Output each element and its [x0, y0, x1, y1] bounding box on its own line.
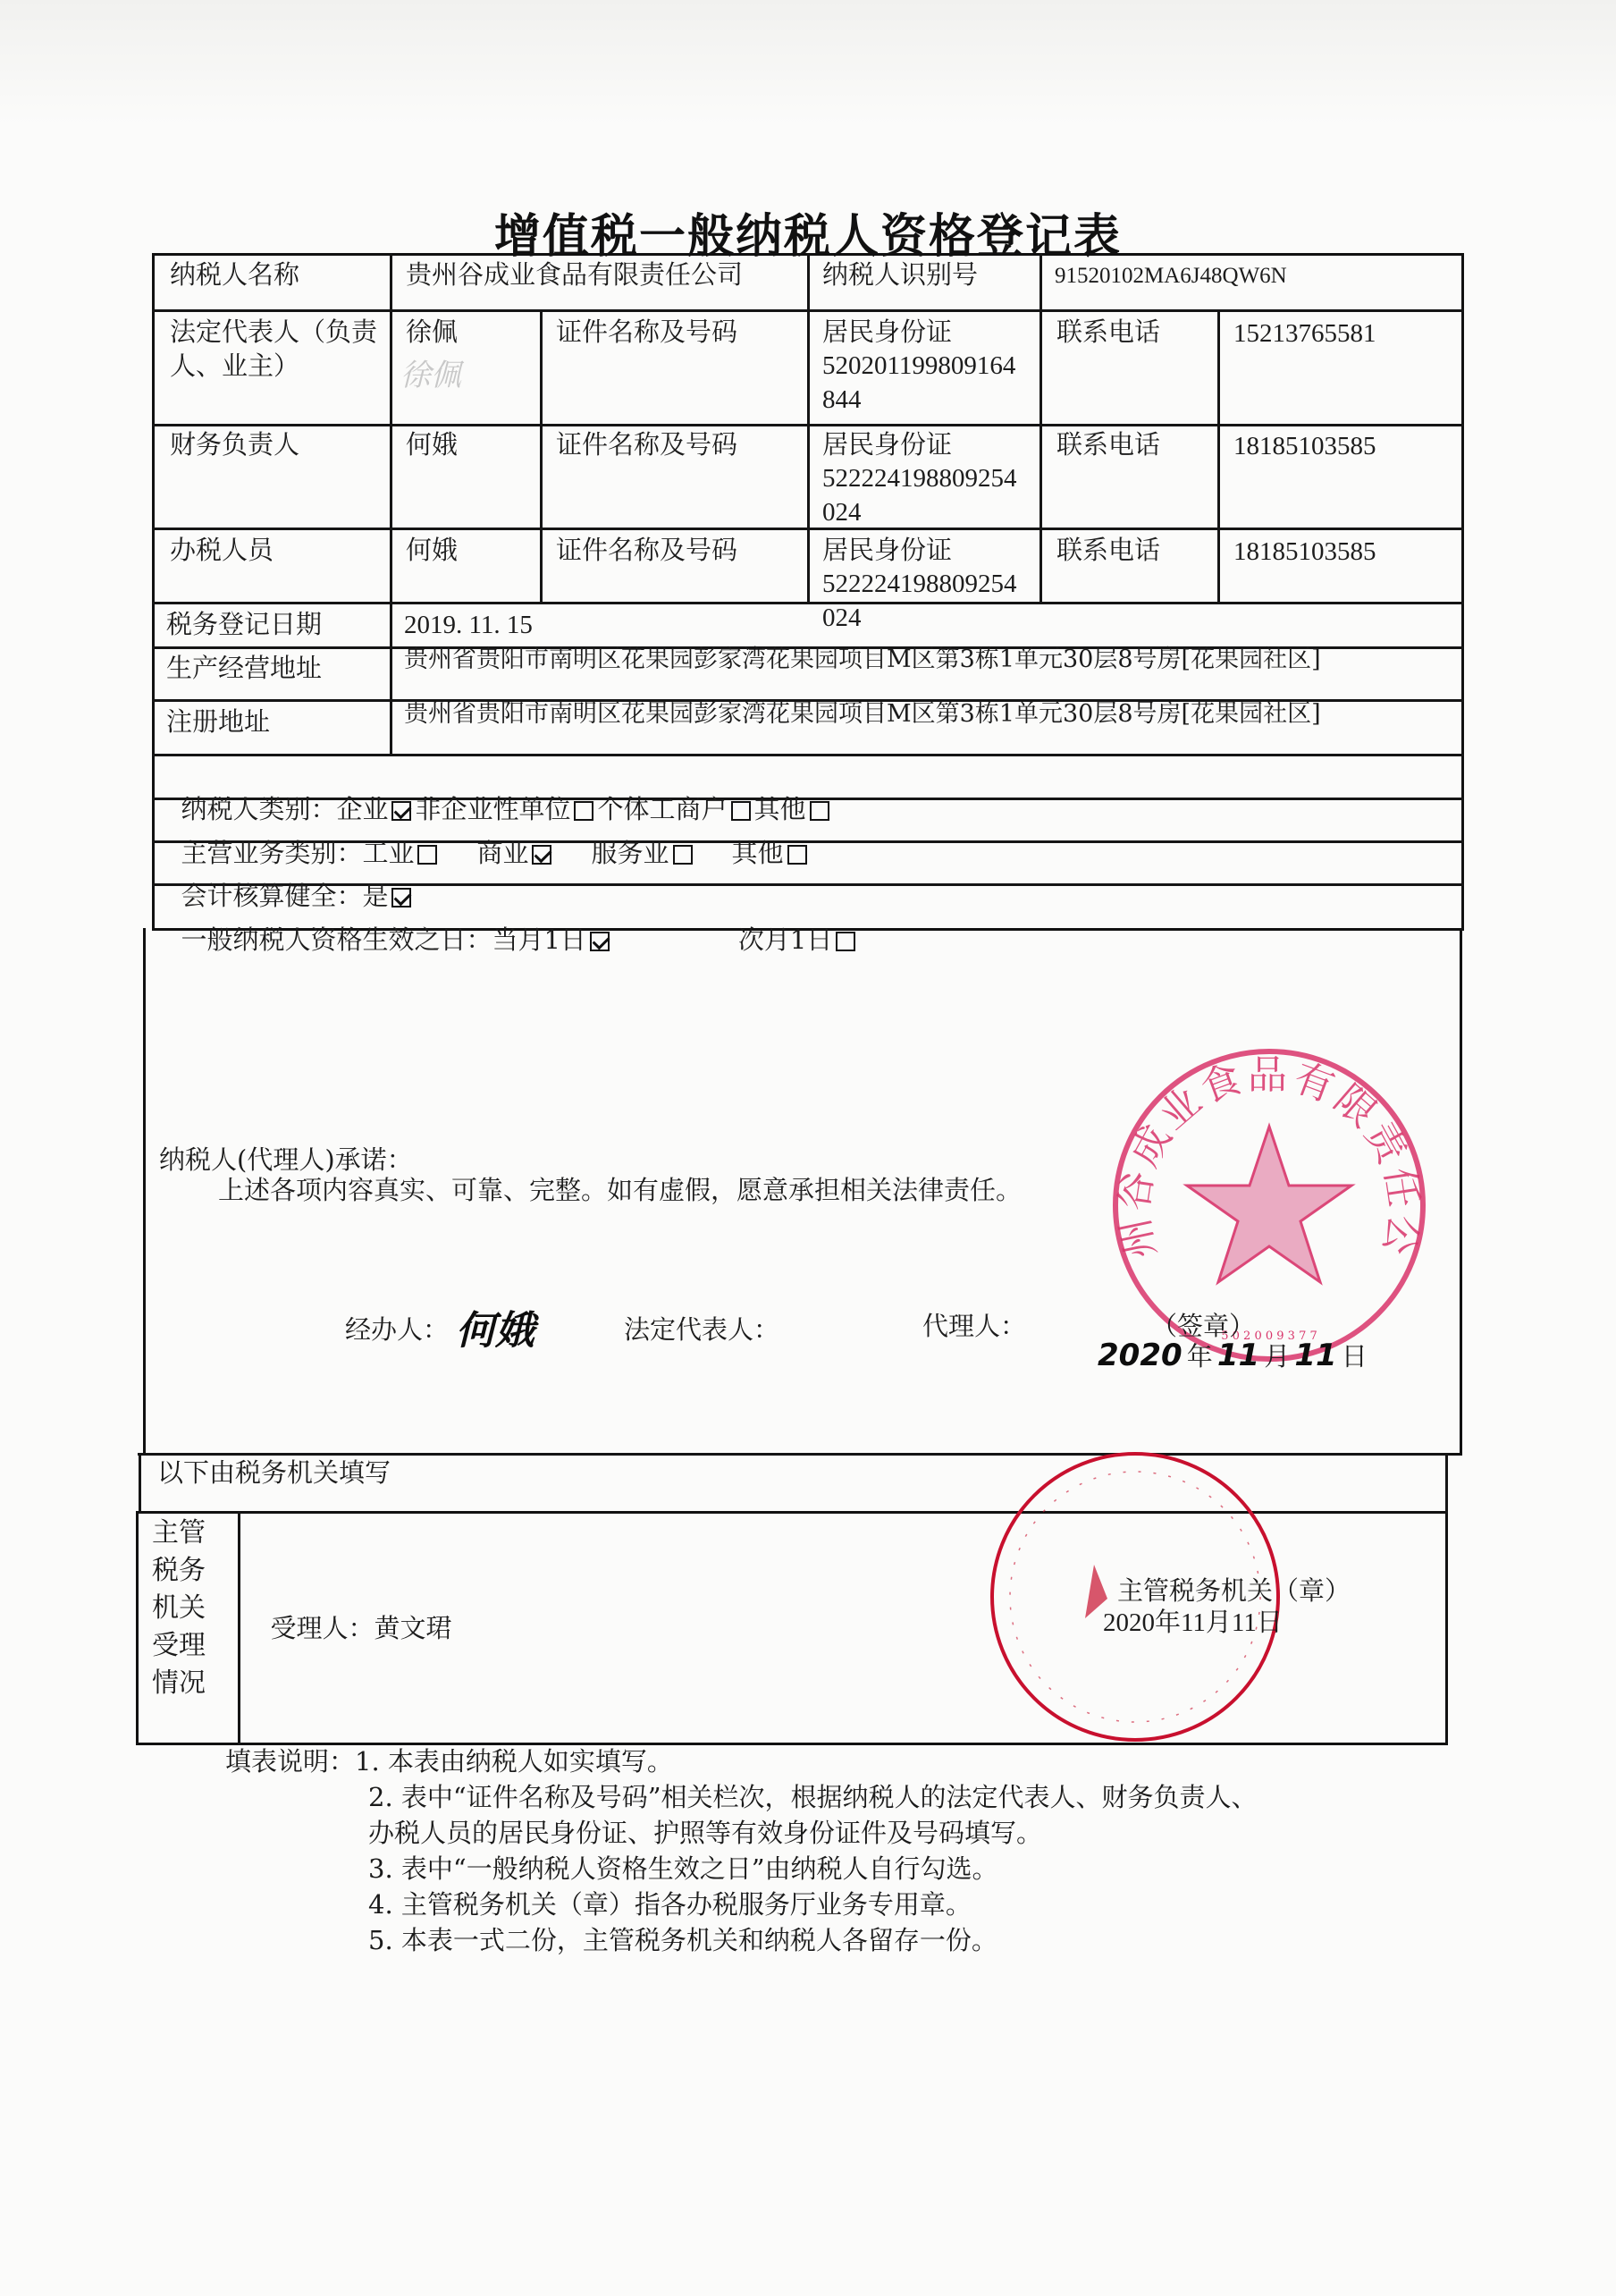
taxpayer-name: 贵州谷成业食品有限责任公司: [406, 257, 743, 291]
phone-label: 联系电话: [1056, 533, 1160, 567]
note-item: 办税人员的居民身份证、护照等有效身份证件及号码填写。: [225, 1815, 1258, 1851]
person-name: 何娥: [406, 427, 458, 461]
notes-label: 填表说明：: [225, 1746, 355, 1777]
receiver-row: 受理人：黄文珺: [254, 1577, 451, 1645]
col-divider: [238, 1511, 240, 1745]
scan-shading: [0, 0, 1616, 125]
person-role: 财务负责人: [170, 427, 299, 461]
phone: 15213765581: [1233, 317, 1376, 350]
authority-header: 以下由税务机关填写: [157, 1456, 391, 1490]
authority-seal-date: 2020年11月11日: [1103, 1606, 1283, 1640]
note-item: 4. 主管税务机关（章）指各办税服务厅业务专用章。: [225, 1887, 1258, 1922]
col-divider: [1217, 309, 1220, 602]
business-address: 贵州省贵阳市南明区花果园彭家湾花果园项目M区第3栋1单元30层8号房[花果园社区…: [404, 646, 1445, 674]
person-name: 徐佩: [406, 315, 458, 349]
commitment-text: 上述各项内容真实、可靠、完整。如有虚假，愿意承担相关法律责任。: [218, 1173, 1022, 1207]
commitment-heading: 纳税人(代理人)承诺：: [159, 1143, 413, 1177]
registration-date-label: 税务登记日期: [166, 607, 322, 641]
legal-rep-label: 法定代表人：: [624, 1313, 779, 1346]
phone: 18185103585: [1233, 535, 1376, 569]
doc-type: 居民身份证: [822, 533, 952, 567]
commitment-date: 2020 年 11 月 11 日: [1098, 1338, 1368, 1373]
day-handwritten: 11: [1294, 1338, 1336, 1373]
checkbox-industry[interactable]: [417, 845, 437, 865]
year-handwritten: 2020: [1098, 1338, 1183, 1373]
receiver-name: 黄文珺: [374, 1613, 451, 1643]
checkbox-other[interactable]: [810, 801, 829, 821]
col-divider: [390, 253, 392, 754]
registration-date: 2019. 11. 15: [404, 608, 533, 642]
label-line: 机关: [152, 1590, 223, 1627]
label-line: 主管: [152, 1515, 223, 1552]
option-label: 商业: [476, 838, 528, 868]
taxpayer-id: 91520102MA6J48QW6N: [1055, 259, 1287, 293]
col-divider: [540, 309, 543, 602]
person-role: 办税人员: [170, 533, 274, 567]
note-item: 2. 表中“证件名称及号码”相关栏次，根据纳税人的法定代表人、财务负责人、: [225, 1779, 1258, 1815]
phone: 18185103585: [1233, 429, 1376, 463]
authority-seal-label: 主管税务机关（章）: [1117, 1574, 1351, 1608]
doc-type: 居民身份证: [822, 315, 952, 349]
agent-label: 代理人：: [922, 1309, 1026, 1343]
note-item: 5. 本表一式二份，主管税务机关和纳税人各留存一份。: [225, 1922, 1258, 1958]
doc-label: 证件名称及号码: [556, 533, 737, 567]
person-role: 法定代表人（负责人、业主）: [170, 315, 381, 383]
doc-label: 证件名称及号码: [556, 427, 737, 461]
doc-number: 522224198809254024: [822, 567, 1023, 635]
option-label: 其他: [732, 838, 784, 868]
col-divider: [807, 253, 810, 602]
doc-number: 522224198809254024: [822, 461, 1023, 529]
month-suffix: 月: [1264, 1341, 1290, 1372]
col-divider: [1039, 253, 1042, 602]
label-line: 税务: [152, 1552, 223, 1590]
checkbox-services[interactable]: [673, 845, 693, 865]
doc-type: 居民身份证: [822, 427, 952, 461]
doc-label: 证件名称及号码: [556, 315, 737, 349]
business-address-label: 生产经营地址: [166, 651, 322, 685]
taxpayer-id-label: 纳税人识别号: [822, 257, 978, 291]
authority-section-label: 主管 税务 机关 受理 情况: [152, 1515, 223, 1702]
checkbox-other[interactable]: [787, 845, 807, 865]
phone-label: 联系电话: [1056, 315, 1160, 349]
right-border: [1445, 1453, 1448, 1514]
phone-label: 联系电话: [1056, 427, 1160, 461]
doc-number: 520201199809164844: [822, 349, 1023, 417]
day-suffix: 日: [1342, 1341, 1368, 1372]
checkbox-commerce[interactable]: [532, 845, 551, 865]
left-border: [139, 1453, 141, 1514]
handler-label: 经办人：: [345, 1313, 449, 1346]
month-handwritten: 11: [1217, 1338, 1259, 1373]
person-name: 何娥: [406, 533, 458, 567]
registered-address: 贵州省贵阳市南明区花果园彭家湾花果园项目M区第3栋1单元30层8号房[花果园社区…: [404, 700, 1445, 729]
label-line: 情况: [152, 1665, 223, 1702]
registered-address-label: 注册地址: [166, 705, 270, 739]
handler-signature: 何娥: [456, 1298, 534, 1355]
year-suffix: 年: [1187, 1341, 1213, 1372]
row-divider: [152, 754, 1464, 756]
label-line: 受理: [152, 1627, 223, 1665]
row-divider: [152, 602, 1464, 604]
note-item: 1. 本表由纳税人如实填写。: [355, 1746, 673, 1777]
faint-signature: 徐佩: [400, 350, 461, 394]
option-label: 服务业: [591, 838, 669, 868]
taxpayer-name-label: 纳税人名称: [170, 257, 299, 291]
receiver-label: 受理人：: [270, 1613, 374, 1643]
note-item: 3. 表中“一般纳税人资格生效之日”由纳税人自行勾选。: [225, 1851, 1258, 1887]
form-instructions: 填表说明：1. 本表由纳税人如实填写。 2. 表中“证件名称及号码”相关栏次，根…: [225, 1743, 1258, 1958]
